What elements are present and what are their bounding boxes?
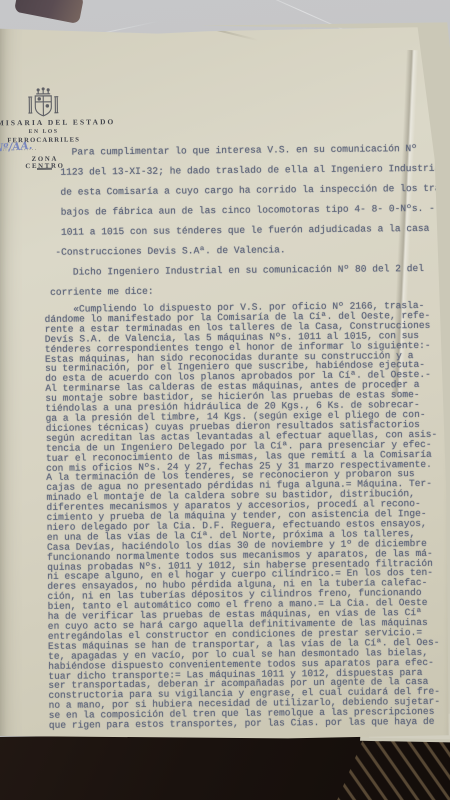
page-content: COMISARIA DEL ESTADO EN LOS FERROCARRILE… [0, 0, 450, 800]
coat-of-arms-icon [25, 87, 61, 120]
document-page: COMISARIA DEL ESTADO EN LOS FERROCARRILE… [0, 0, 450, 800]
org-name-line1: COMISARIA DEL ESTADO [0, 117, 122, 127]
intro-paragraphs: Para cumplimentar lo que interesa V.S. e… [43, 139, 448, 303]
quoted-engineer-report: «Cumpliendo lo dispuesto por V.S. por of… [44, 301, 440, 731]
handwritten-reference: Nº/AA. [0, 140, 33, 155]
photo-of-typewritten-letter: COMISARIA DEL ESTADO EN LOS FERROCARRILE… [0, 0, 450, 800]
org-name-line2: EN LOS [0, 128, 90, 135]
